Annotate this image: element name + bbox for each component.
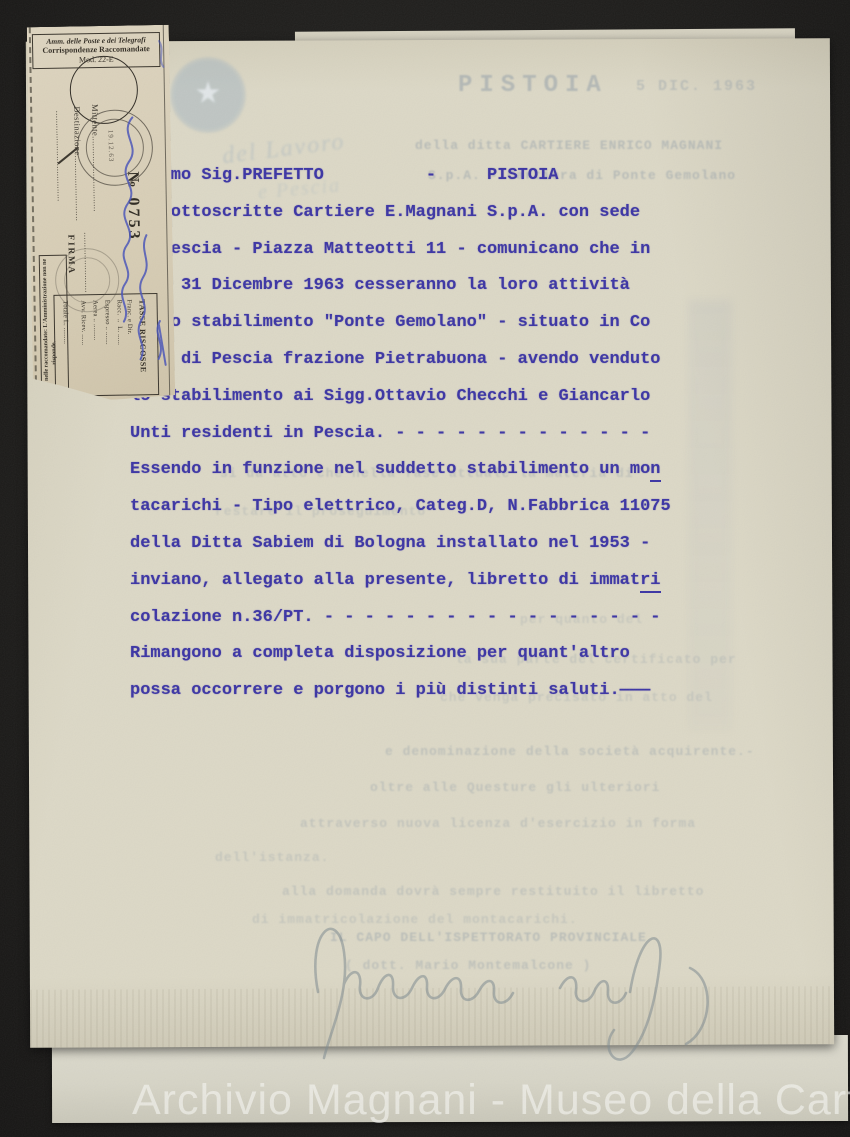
postal-receipt: Amm. delle Poste e dei Telegrafi Corrisp…	[27, 25, 176, 401]
letter-line: possa occorrere e porgono i più distinti…	[130, 681, 650, 700]
letter-line: Ill.mo Sig.PREFETTO - PISTOIA	[130, 166, 558, 185]
letter-line: nello stabilimento "Ponte Gemolano" - si…	[130, 313, 650, 332]
letter-line: data 31 Dicembre 1963 cesseranno la loro…	[130, 276, 630, 295]
ghost-state-seal	[170, 57, 246, 133]
letter-line: della Ditta Sabiem di Bologna installato…	[130, 534, 650, 553]
paper-watermark-haze	[688, 300, 732, 730]
letter-line: Essendo in funzione nel suddetto stabili…	[130, 460, 661, 479]
letter-line: lo stabilimento ai Sigg.Ottavio Checchi …	[130, 387, 650, 406]
letter-line: mune di Pescia frazione Pietrabuona - av…	[130, 350, 661, 369]
letter-line: Le sottoscritte Cartiere E.Magnani S.p.A…	[130, 203, 640, 222]
letter-line: in Pescia - Piazza Matteotti 11 - comuni…	[130, 240, 650, 259]
letter-line: inviano, allegato alla presente, librett…	[130, 571, 661, 590]
archive-watermark: Archivio Magnani - Museo della Carta	[132, 1076, 850, 1125]
letter-line: tacarichi - Tipo elettrico, Categ.D, N.F…	[130, 497, 671, 516]
letter-line: Rimangono a completa disposizione per qu…	[130, 644, 630, 663]
letter-line: Unti residenti in Pescia. - - - - - - - …	[130, 424, 650, 443]
paper-fiber-texture	[30, 986, 834, 1048]
photo-backdrop: PISTOIA5 DIC. 1963della ditta CARTIERE E…	[0, 0, 850, 1137]
blue-handwriting	[27, 25, 176, 401]
letter-line: colazione n.36/PT. - - - - - - - - - - -…	[130, 608, 661, 627]
